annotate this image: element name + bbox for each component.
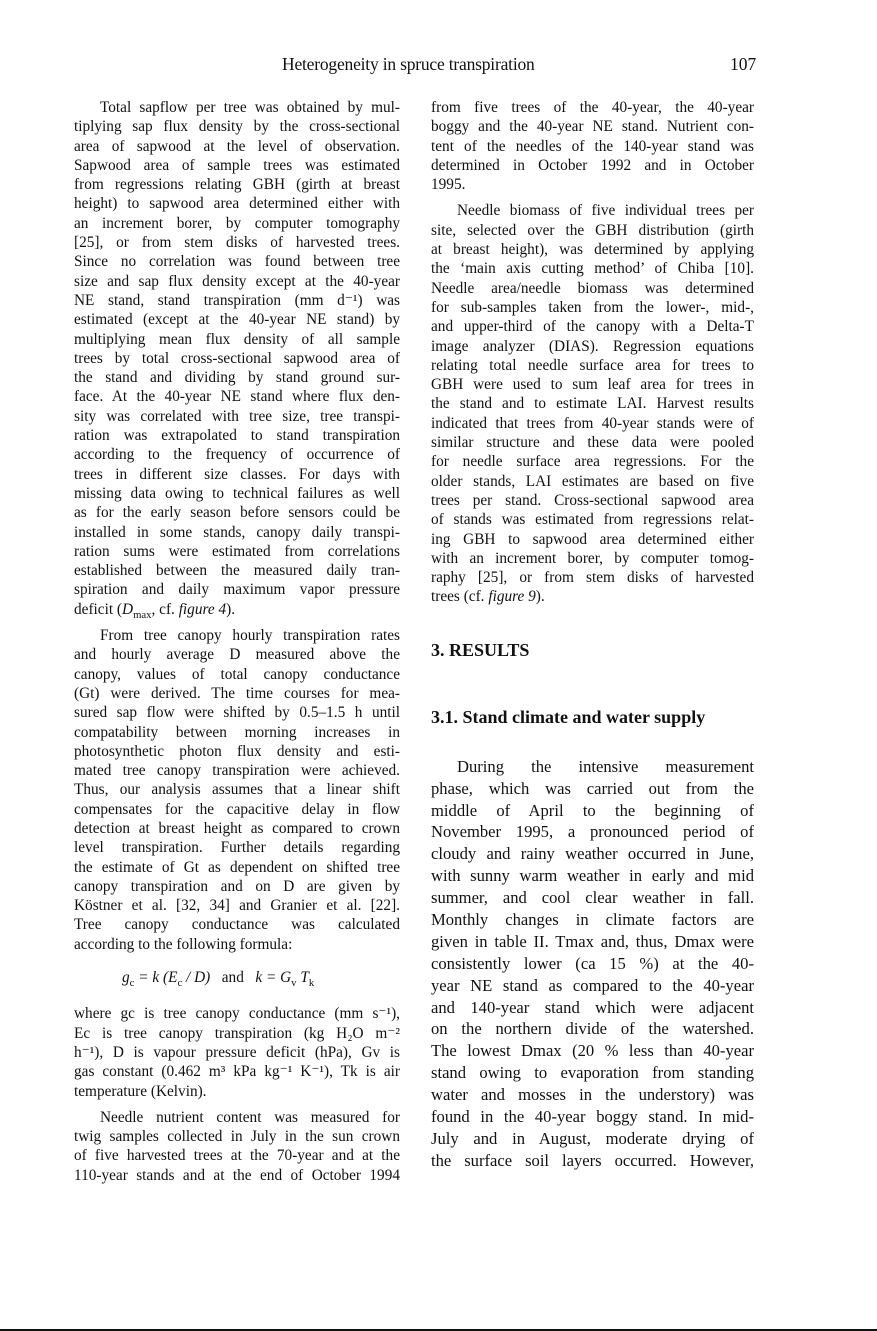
text-line: canopy, values of total canopy conductan… bbox=[74, 665, 400, 684]
text-line: similar structure and these data were po… bbox=[431, 433, 754, 452]
text-line: found in the 40-year boggy stand. In mid… bbox=[431, 1106, 754, 1128]
text-line: determined in October 1992 and in Octobe… bbox=[431, 156, 754, 175]
text-line: multiplying mean flux density of all sam… bbox=[74, 330, 400, 349]
text-line: From tree canopy hourly transpiration ra… bbox=[74, 626, 400, 645]
text-line: face. At the 40-year NE stand where flux… bbox=[74, 387, 400, 406]
text-line: the stand and dividing by stand ground s… bbox=[74, 368, 400, 387]
text-line: according to the following formula: bbox=[74, 935, 400, 954]
text-line: for needle surface area regressions. For… bbox=[431, 452, 754, 471]
text-line: twig samples collected in July in the su… bbox=[74, 1127, 400, 1146]
text-line: installed in some stands, canopy daily t… bbox=[74, 523, 400, 542]
text-line: water and mosses in the understory) was bbox=[431, 1084, 754, 1106]
text-line: ration was extrapolated to stand transpi… bbox=[74, 426, 400, 445]
text-line: the ‘main axis cutting method’ of Chiba … bbox=[431, 259, 754, 278]
paragraph-nutrients-continued: from five trees of the 40-year, the 40-y… bbox=[431, 98, 754, 194]
left-column: Total sapflow per tree was obtained by m… bbox=[74, 98, 400, 1185]
text-line: Needle nutrient content was measured for bbox=[74, 1108, 400, 1127]
text-line: where gc is tree canopy conductance (mm … bbox=[74, 1004, 400, 1023]
text-line: Needle area/needle biomass was determine… bbox=[431, 279, 754, 298]
text-line: at breast height), was determined by app… bbox=[431, 240, 754, 259]
text-line: canopy transpiration and on D are given … bbox=[74, 877, 400, 896]
running-head-title: Heterogeneity in spruce transpiration bbox=[282, 54, 535, 75]
text-line: trees by total cross-sectional sapwood a… bbox=[74, 349, 400, 368]
text-line: temperature (Kelvin). bbox=[74, 1082, 400, 1101]
text-line: tent of the needles of the 140-year stan… bbox=[431, 137, 754, 156]
text-line: and upper-third of the canopy with a Del… bbox=[431, 317, 754, 336]
symbol-T: T bbox=[297, 969, 309, 986]
text-line: estimated (except at the 40-year NE stan… bbox=[74, 310, 400, 329]
text-line: November 1995, a pronounced period of bbox=[431, 821, 754, 843]
paragraph-nutrients: Needle nutrient content was measured for… bbox=[74, 1108, 400, 1185]
text-line: NE stand, stand transpiration (mm d⁻¹) w… bbox=[74, 291, 400, 310]
formula-fragment: / D) bbox=[182, 969, 210, 986]
text-line: on the northern divide of the watershed. bbox=[431, 1018, 754, 1040]
text-line: area of sapwood at the level of observat… bbox=[74, 137, 400, 156]
text-fragment: trees (cf. bbox=[431, 588, 488, 605]
text-line: missing data owing to technical failures… bbox=[74, 484, 400, 503]
subscript: max bbox=[133, 609, 151, 621]
subscript: k bbox=[309, 977, 314, 989]
running-head: Heterogeneity in spruce transpiration 10… bbox=[0, 52, 877, 76]
text-line: height) to sapwood area determined eithe… bbox=[74, 194, 400, 213]
paragraph-needle-biomass: Needle biomass of five individual trees … bbox=[431, 201, 754, 606]
text-line: level transpiration. Further details reg… bbox=[74, 838, 400, 857]
text-line: Köstner et al. [32, 34] and Granier et a… bbox=[74, 896, 400, 915]
text-line: older stands, LAI estimates are based on… bbox=[431, 472, 754, 491]
text-line: phase, which was carried out from the bbox=[431, 778, 754, 800]
text-line: Sapwood area of sample trees was estimat… bbox=[74, 156, 400, 175]
text-line: (Gt) were derived. The time courses for … bbox=[74, 684, 400, 703]
section-heading-results: 3. RESULTS bbox=[431, 641, 754, 663]
text-line: sity was correlated with tree size, tree… bbox=[74, 407, 400, 426]
right-column: from five trees of the 40-year, the 40-y… bbox=[431, 98, 754, 1172]
text-line: compensates for the capacitive delay in … bbox=[74, 800, 400, 819]
text-line: boggy and the 40-year NE stand. Nutrient… bbox=[431, 117, 754, 136]
text-fragment: ). bbox=[536, 588, 545, 605]
text-line: ing GBH to sapwood area determined eithe… bbox=[431, 530, 754, 549]
page-number: 107 bbox=[730, 54, 756, 75]
text-line: of stands was estimated from regressions… bbox=[431, 510, 754, 529]
text-line: an increment borer, by computer tomograp… bbox=[74, 214, 400, 233]
text-line: h⁻¹), D is vapour pressure deficit (hPa)… bbox=[74, 1043, 400, 1062]
text-line: gas constant (0.462 m³ kPa kg⁻¹ K⁻¹), Tk… bbox=[74, 1062, 400, 1081]
text-line: and 140-year stand which were adjacent bbox=[431, 997, 754, 1019]
text-line: with sunny warm weather in early and mid bbox=[431, 865, 754, 887]
text-line: During the intensive measurement bbox=[431, 756, 754, 778]
text-line: detection at breast height as compared t… bbox=[74, 819, 400, 838]
figure-reference: figure 4 bbox=[179, 601, 226, 618]
formula-conjunction: and bbox=[222, 969, 244, 986]
text-line: Since no correlation was found between t… bbox=[74, 252, 400, 271]
text-line: image analyzer (DIAS). Regression equati… bbox=[431, 337, 754, 356]
text-line: compatability between morning increases … bbox=[74, 723, 400, 742]
paragraph-sapflow: Total sapflow per tree was obtained by m… bbox=[74, 98, 400, 619]
text-line: July and in August, moderate drying of bbox=[431, 1128, 754, 1150]
text-line: the estimate of Gt as dependent on shift… bbox=[74, 858, 400, 877]
text-line: sured sap flow were shifted by 0.5–1.5 h… bbox=[74, 703, 400, 722]
text-line: tiplying sap flux density by the cross-s… bbox=[74, 117, 400, 136]
text-line: indicated that trees from 40-year stands… bbox=[431, 414, 754, 433]
text-line: Ec is tree canopy transpiration (kg H₂O … bbox=[74, 1024, 400, 1043]
conductance-formula: gc = k (Ec / D) and k = Gv Tk bbox=[74, 968, 400, 987]
text-line: stand owing to evaporation from standing bbox=[431, 1062, 754, 1084]
formula-fragment: k = G bbox=[255, 969, 291, 986]
text-line: Needle biomass of five individual trees … bbox=[431, 201, 754, 220]
figure-reference: figure 9 bbox=[488, 588, 535, 605]
text-line: from regressions relating GBH (girth at … bbox=[74, 175, 400, 194]
text-line: the surface soil layers occurred. Howeve… bbox=[431, 1150, 754, 1172]
text-line: ration sums were estimated from correlat… bbox=[74, 542, 400, 561]
symbol-D: D bbox=[122, 601, 133, 618]
text-line: middle of April to the beginning of bbox=[431, 800, 754, 822]
text-line: [25], or from stem disks of harvested tr… bbox=[74, 233, 400, 252]
text-line: Tree canopy conductance was calculated bbox=[74, 915, 400, 934]
text-line: summer, and cool clear weather in fall. bbox=[431, 887, 754, 909]
text-line: The lowest Dmax (20 % less than 40-year bbox=[431, 1040, 754, 1062]
text-line: Monthly changes in climate factors are bbox=[431, 909, 754, 931]
text-line: cloudy and rainy weather occurred in Jun… bbox=[431, 843, 754, 865]
text-line: for sub-samples taken from the lower-, m… bbox=[431, 298, 754, 317]
text-line: GBH were used to sum leaf area for trees… bbox=[431, 375, 754, 394]
text-fragment: ). bbox=[226, 601, 235, 618]
text-line: trees in different size classes. For day… bbox=[74, 465, 400, 484]
text-line: Thus, our analysis assumes that a linear… bbox=[74, 780, 400, 799]
text-line: year NE stand as compared to the 40-year bbox=[431, 975, 754, 997]
text-line: and hourly average D measured above the bbox=[74, 645, 400, 664]
text-fragment: deficit ( bbox=[74, 601, 122, 618]
text-line: as for the early season before sensors c… bbox=[74, 503, 400, 522]
paragraph-stand-climate: During the intensive measurement phase, … bbox=[431, 756, 754, 1172]
text-line: trees (cf. figure 9). bbox=[431, 587, 754, 606]
text-line: the stand and to estimate LAI. Harvest r… bbox=[431, 394, 754, 413]
text-line: according to the frequency of occurrence… bbox=[74, 445, 400, 464]
subsection-heading-stand-climate: 3.1. Stand climate and water supply bbox=[431, 708, 754, 730]
text-line: mated tree canopy transpiration were ach… bbox=[74, 761, 400, 780]
symbol-g: g bbox=[122, 969, 130, 986]
text-line: from five trees of the 40-year, the 40-y… bbox=[431, 98, 754, 117]
text-line: with an increment borer, by computer tom… bbox=[431, 549, 754, 568]
text-line: consistently lower (ca 15 %) at the 40- bbox=[431, 953, 754, 975]
text-line: Total sapflow per tree was obtained by m… bbox=[74, 98, 400, 117]
text-line: raphy [25], or from stem disks of harves… bbox=[431, 568, 754, 587]
text-fragment: , cf. bbox=[152, 601, 179, 618]
text-line: 110-year stands and at the end of Octobe… bbox=[74, 1166, 400, 1185]
text-line: established between the measured daily t… bbox=[74, 561, 400, 580]
formula-fragment: = k ( bbox=[134, 969, 168, 986]
paragraph-definitions: where gc is tree canopy conductance (mm … bbox=[74, 1004, 400, 1100]
text-line: relating total needle surface area for t… bbox=[431, 356, 754, 375]
text-line: photosynthetic photon flux density and e… bbox=[74, 742, 400, 761]
text-line: size and sap flux density except at the … bbox=[74, 272, 400, 291]
text-line: given in table II. Tmax and, thus, Dmax … bbox=[431, 931, 754, 953]
text-line: deficit (Dmax, cf. figure 4). bbox=[74, 600, 400, 619]
text-line: spiration and daily maximum vapor pressu… bbox=[74, 580, 400, 599]
text-line: 1995. bbox=[431, 175, 754, 194]
text-line: trees per stand. Cross-sectional sapwood… bbox=[431, 491, 754, 510]
paragraph-canopy-conductance: From tree canopy hourly transpiration ra… bbox=[74, 626, 400, 954]
text-line: site, selected over the GBH distribution… bbox=[431, 221, 754, 240]
text-line: of five harvested trees at the 70-year a… bbox=[74, 1146, 400, 1165]
